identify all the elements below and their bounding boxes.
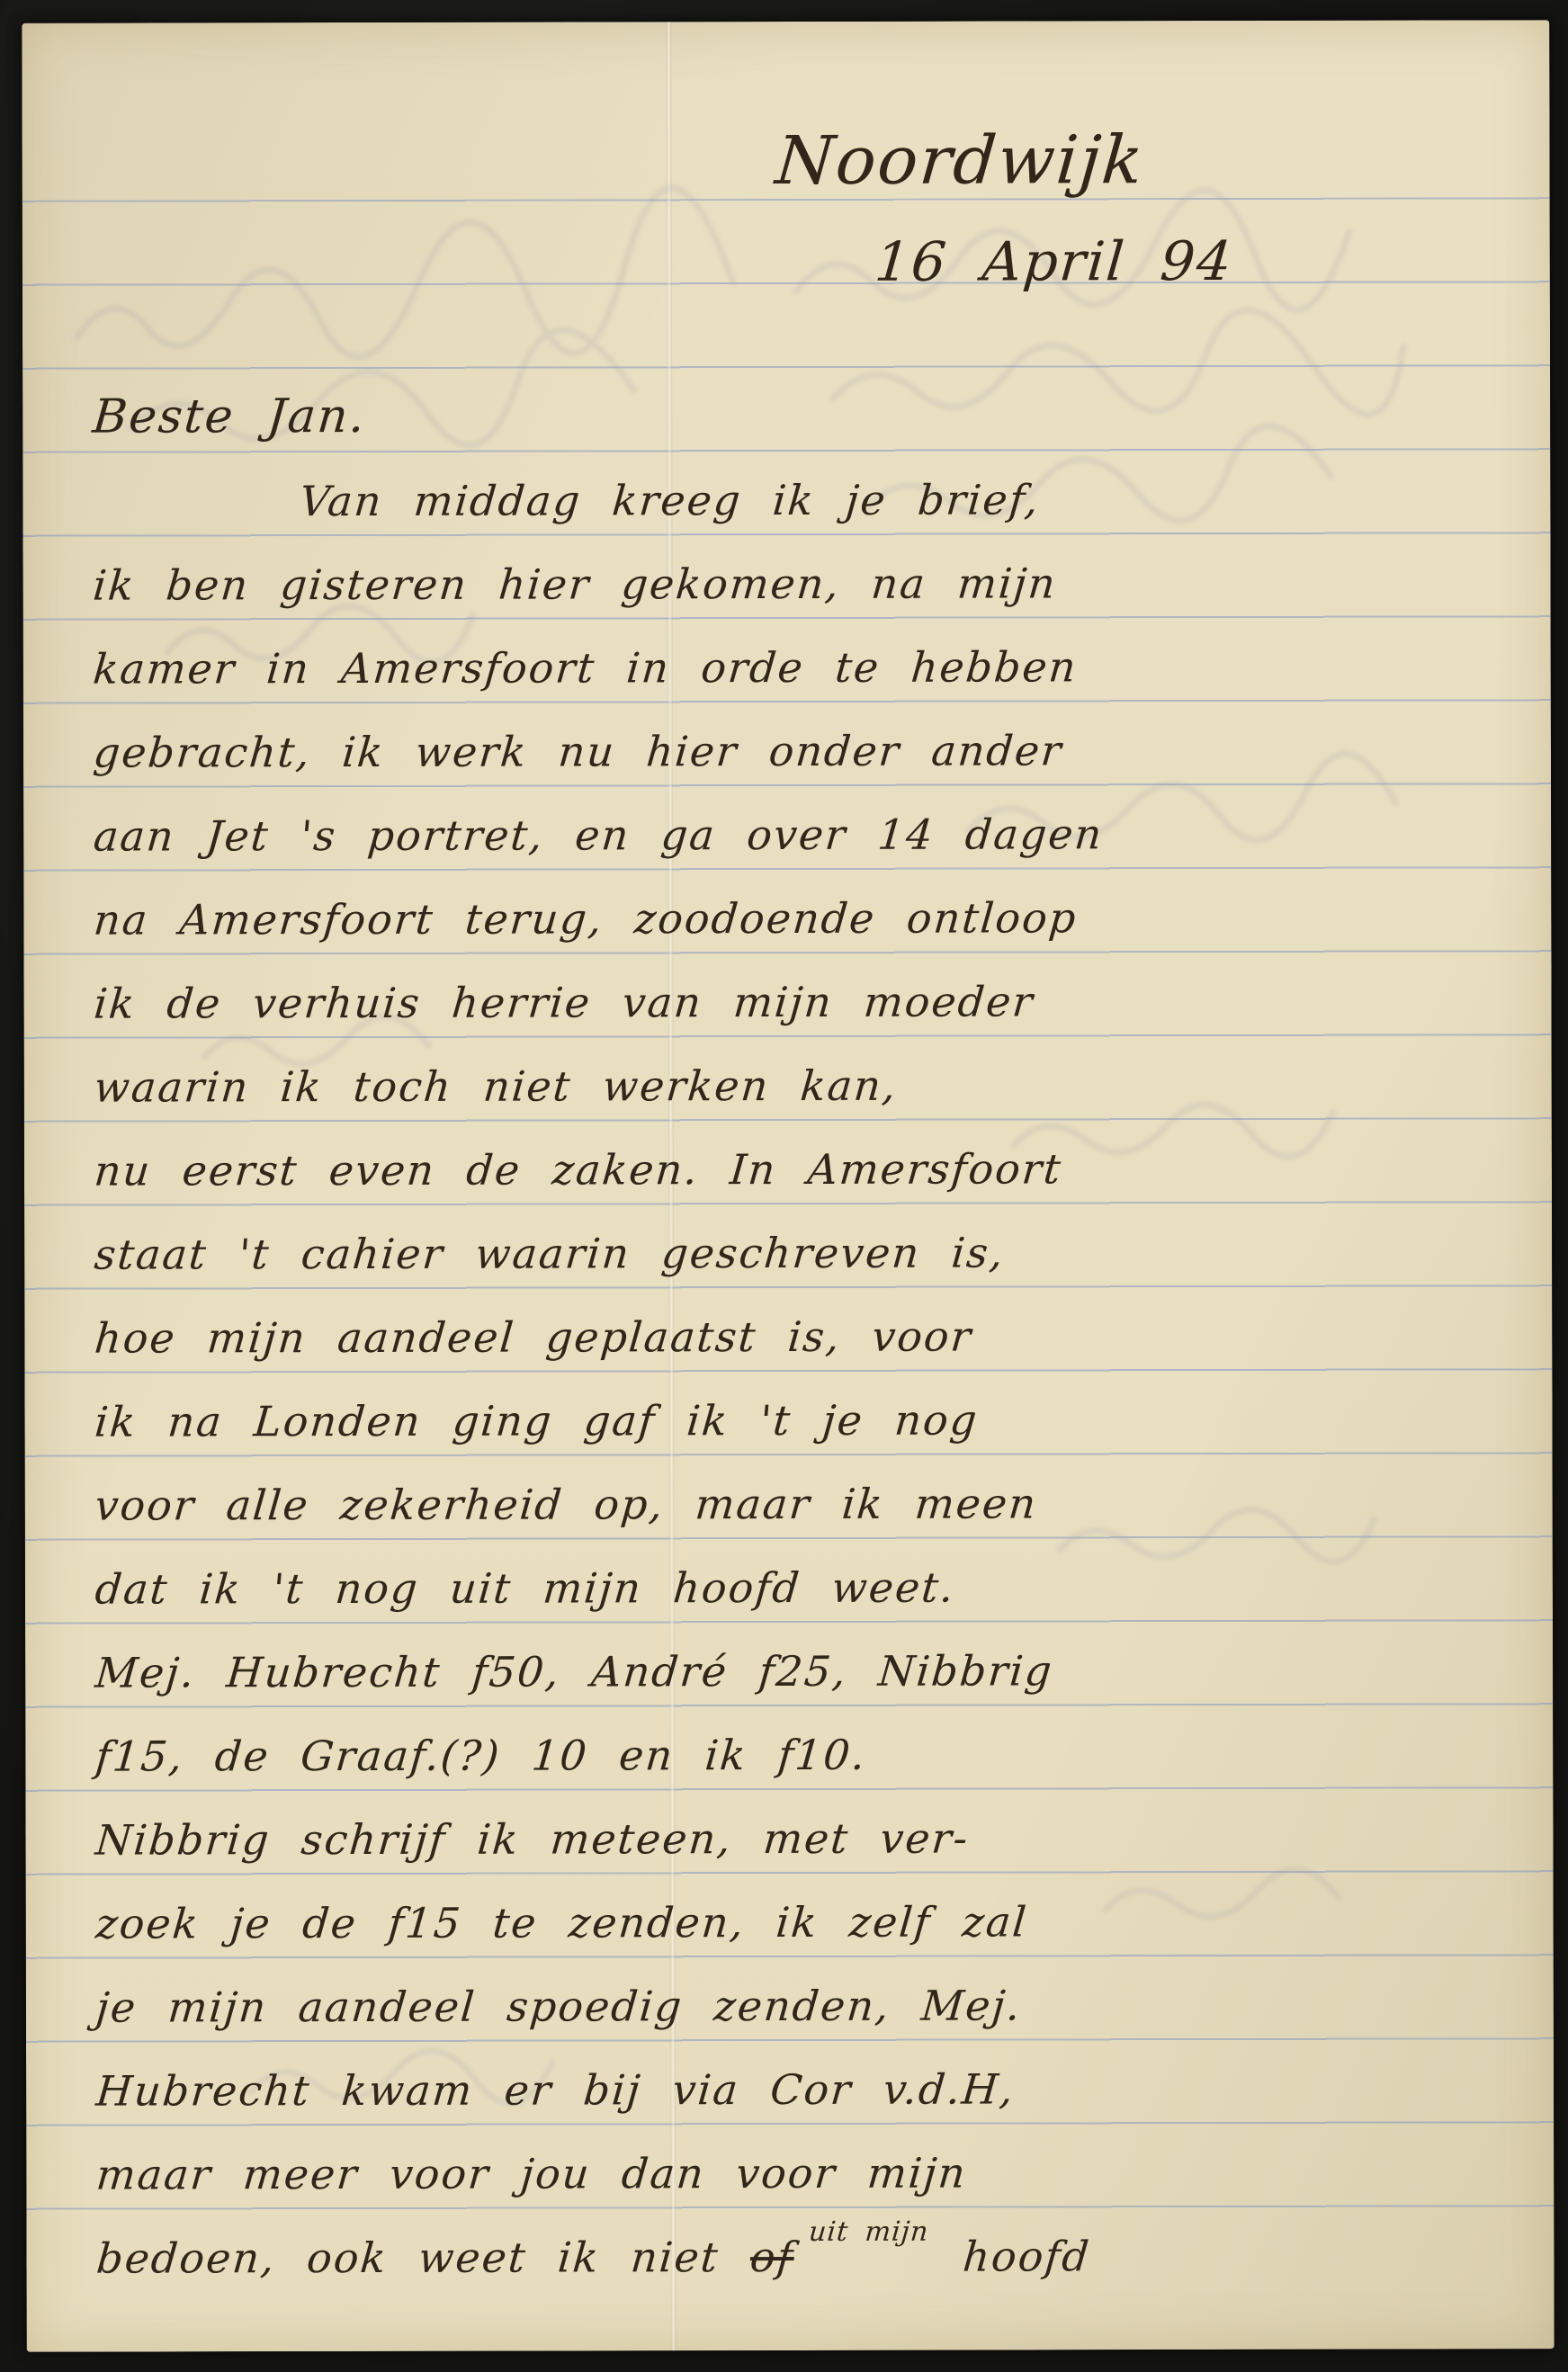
letter-line: maar meer voor jou dan voor mijn [94, 2153, 968, 2196]
letter-scan: Noordwijk 16 April 94 Beste Jan. Van mid… [0, 0, 1568, 2372]
letter-line: ik na Londen ging gaf ik 't je nog [94, 1400, 981, 1443]
letter-line: waarin ik toch niet werken kan, [93, 1065, 900, 1108]
letter-date: 16 April 94 [873, 235, 1235, 290]
letter-line: staat 't cahier waarin geschreven is, [93, 1231, 1007, 1275]
letter-line: je mijn aandeel spoedig zenden, Mej. [94, 1984, 1024, 2027]
letter-line: Hubrecht kwam er bij via Cor v.d.H, [94, 2068, 1017, 2111]
letter-paper-sheet: Noordwijk 16 April 94 Beste Jan. Van mid… [22, 20, 1554, 2352]
letter-line: voor alle zekerheid op, maar ik meen [94, 1482, 1039, 1526]
final-line-post: hoofd [930, 2232, 1093, 2280]
letter-line: hoe mijn aandeel geplaatst is, voor [93, 1316, 973, 1359]
letter-line: nu eerst even de zaken. In Amersfoort [93, 1148, 1064, 1191]
letter-line: dat ik 't nog uit mijn hoofd weet. [94, 1567, 957, 1610]
letter-line: Mej. Hubrecht f50, André f25, Nibbrig [94, 1650, 1054, 1693]
letter-line: Van middag kreeg ik je brief, [298, 479, 1041, 522]
letter-line: ik de verhuis herrie van mijn moeder [93, 980, 1036, 1024]
letter-line: ik ben gisteren hier gekomen, na mijn [92, 562, 1059, 605]
letter-line: Nibbrig schrijf ik meteen, met ver- [94, 1818, 972, 1861]
interlinear-insertion: uit mijn [808, 2219, 930, 2246]
letter-line: kamer in Amersfoort in orde te hebben [92, 646, 1080, 689]
letter-place: Noordwijk [773, 127, 1147, 194]
letter-salutation: Beste Jan. [91, 393, 368, 441]
letter-line: na Amersfoort terug, zoodoende ontloop [92, 897, 1079, 940]
letter-line: zoek je de f15 te zenden, ik zelf zal [94, 1901, 1030, 1944]
letter-line: f15, de Graaf.(?) 10 en ik f10. [94, 1734, 868, 1777]
letter-body-lines: Van middag kreeg ik je brief,ik ben gist… [22, 20, 1549, 23]
letter-final-line: bedoen, ook weet ik niet ofuit mijn hoof… [95, 2235, 1093, 2278]
struck-word: of [748, 2233, 796, 2281]
letter-line: gebracht, ik werk nu hier onder ander [92, 730, 1064, 773]
letter-line: aan Jet 's portret, en ga over 14 dagen [92, 813, 1105, 856]
final-line-pre: bedoen, ook weet ik niet [94, 2233, 752, 2283]
